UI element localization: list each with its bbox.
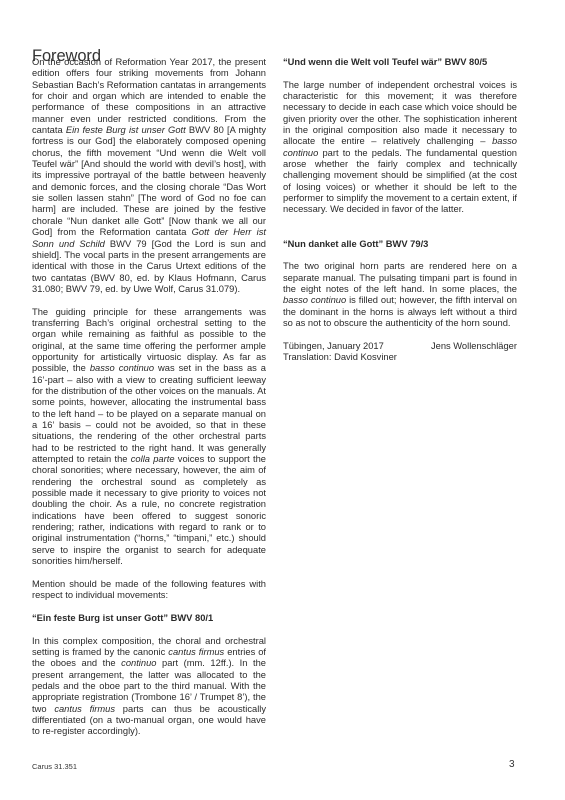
term-italic: cantus firmus bbox=[168, 647, 224, 657]
cantata-title-italic: Ein feste Burg ist unser Gott bbox=[66, 125, 186, 135]
guiding-principle-paragraph: The guiding principle for these arrangem… bbox=[32, 307, 266, 568]
translator-credit: Translation: David Kosviner bbox=[283, 352, 517, 363]
text-run: On the occasion of Reformation Year 2017… bbox=[32, 57, 266, 135]
right-column: “Und wenn die Welt voll Teufel wär” BWV … bbox=[283, 57, 517, 363]
page-number: 3 bbox=[509, 759, 515, 770]
place-date: Tübingen, January 2017 bbox=[283, 341, 384, 352]
text-run: was set in the bass as a 16’-part – also… bbox=[32, 363, 266, 464]
section-heading-bwv80-1: “Ein feste Burg ist unser Gott” BWV 80/1 bbox=[32, 613, 266, 624]
term-italic: cantus firmus bbox=[54, 704, 115, 714]
signature-block: Tübingen, January 2017 Jens Wollenschläg… bbox=[283, 341, 517, 364]
bwv80-1-paragraph: In this complex composition, the choral … bbox=[32, 636, 266, 738]
author-name: Jens Wollenschläger bbox=[431, 341, 517, 352]
text-run: voices to support the choral sonorities;… bbox=[32, 454, 266, 566]
term-italic: continuo bbox=[121, 658, 156, 668]
bwv80-5-paragraph: The large number of independent orchestr… bbox=[283, 80, 517, 216]
bwv79-3-paragraph: The two original horn parts are rendered… bbox=[283, 261, 517, 329]
left-column: On the occasion of Reformation Year 2017… bbox=[32, 57, 266, 749]
term-italic: basso continuo bbox=[90, 363, 154, 373]
text-run: BWV 80 [A mighty fortress is our God] th… bbox=[32, 125, 266, 237]
term-italic: colla parte bbox=[131, 454, 175, 464]
term-italic: basso continuo bbox=[283, 295, 346, 305]
features-intro-paragraph: Mention should be made of the following … bbox=[32, 579, 266, 602]
spacer bbox=[283, 227, 517, 238]
text-run: The two original horn parts are rendered… bbox=[283, 261, 517, 294]
text-run: part to the pedals. The fundamental ques… bbox=[283, 148, 517, 215]
intro-paragraph: On the occasion of Reformation Year 2017… bbox=[32, 57, 266, 295]
section-heading-bwv80-5: “Und wenn die Welt voll Teufel wär” BWV … bbox=[283, 57, 517, 68]
text-run: The large number of independent orchestr… bbox=[283, 80, 517, 147]
catalog-number: Carus 31.351 bbox=[32, 762, 77, 771]
section-heading-bwv79-3: “Nun danket alle Gott” BWV 79/3 bbox=[283, 239, 517, 250]
